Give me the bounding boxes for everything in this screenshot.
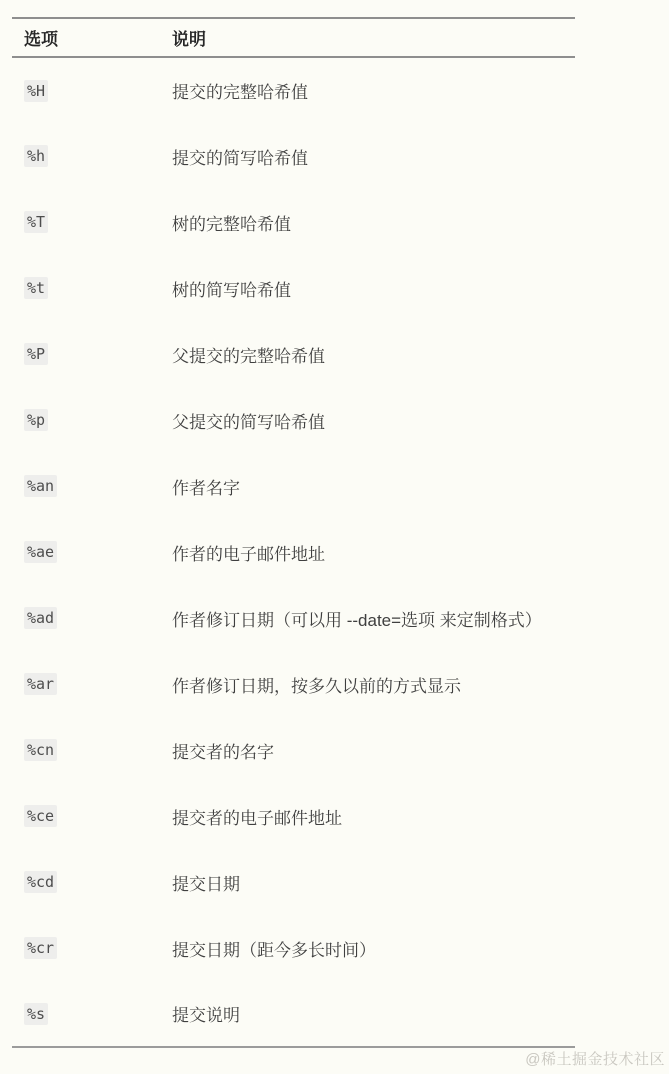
option-code: %cr [24, 937, 57, 959]
description-cell: 提交者的电子邮件地址 [172, 783, 575, 849]
description-cell: 树的简写哈希值 [172, 255, 575, 321]
option-code: %P [24, 343, 48, 365]
column-header-option: 选项 [12, 18, 172, 57]
article-content: 选项 说明 %H 提交的完整哈希值 %h 提交的简写哈希值 %T 树的完整哈希值… [0, 0, 669, 1048]
table-header: 选项 说明 [12, 18, 575, 57]
description-cell: 提交日期（距今多长时间） [172, 915, 575, 981]
option-cell: %cr [12, 915, 172, 981]
description-cell: 提交说明 [172, 981, 575, 1047]
table-row: %T 树的完整哈希值 [12, 189, 575, 255]
description-cell: 作者修订日期，按多久以前的方式显示 [172, 651, 575, 717]
description-cell: 提交者的名字 [172, 717, 575, 783]
table-row: %cn 提交者的名字 [12, 717, 575, 783]
description-cell: 提交日期 [172, 849, 575, 915]
option-code: %h [24, 145, 48, 167]
option-code: %ar [24, 673, 57, 695]
option-cell: %H [12, 57, 172, 123]
table-body: %H 提交的完整哈希值 %h 提交的简写哈希值 %T 树的完整哈希值 %t 树的… [12, 57, 575, 1047]
option-cell: %ar [12, 651, 172, 717]
option-code: %t [24, 277, 48, 299]
description-cell: 作者名字 [172, 453, 575, 519]
description-cell: 父提交的简写哈希值 [172, 387, 575, 453]
option-cell: %ad [12, 585, 172, 651]
option-cell: %cd [12, 849, 172, 915]
table-row: %ae 作者的电子邮件地址 [12, 519, 575, 585]
option-cell: %s [12, 981, 172, 1047]
option-code: %cn [24, 739, 57, 761]
option-cell: %T [12, 189, 172, 255]
table-row: %an 作者名字 [12, 453, 575, 519]
option-cell: %ae [12, 519, 172, 585]
option-code: %cd [24, 871, 57, 893]
option-cell: %an [12, 453, 172, 519]
option-cell: %t [12, 255, 172, 321]
option-cell: %P [12, 321, 172, 387]
option-code: %ad [24, 607, 57, 629]
description-cell: 树的完整哈希值 [172, 189, 575, 255]
option-cell: %cn [12, 717, 172, 783]
description-cell: 作者修订日期（可以用 --date=选项 来定制格式） [172, 585, 575, 651]
table-row: %p 父提交的简写哈希值 [12, 387, 575, 453]
table-row: %H 提交的完整哈希值 [12, 57, 575, 123]
table-row: %t 树的简写哈希值 [12, 255, 575, 321]
option-cell: %h [12, 123, 172, 189]
option-code: %s [24, 1003, 48, 1025]
table-row: %ar 作者修订日期，按多久以前的方式显示 [12, 651, 575, 717]
option-code: %H [24, 80, 48, 102]
option-code: %an [24, 475, 57, 497]
table-row: %ad 作者修订日期（可以用 --date=选项 来定制格式） [12, 585, 575, 651]
table-row: %cr 提交日期（距今多长时间） [12, 915, 575, 981]
option-code: %ae [24, 541, 57, 563]
option-cell: %ce [12, 783, 172, 849]
description-cell: 提交的简写哈希值 [172, 123, 575, 189]
description-cell: 父提交的完整哈希值 [172, 321, 575, 387]
juejin-watermark: @稀土掘金技术社区 [525, 1048, 665, 1069]
option-code: %p [24, 409, 48, 431]
table-header-row: 选项 说明 [12, 18, 575, 57]
table-row: %h 提交的简写哈希值 [12, 123, 575, 189]
option-code: %ce [24, 805, 57, 827]
table-row: %P 父提交的完整哈希值 [12, 321, 575, 387]
column-header-description: 说明 [172, 18, 575, 57]
table-row: %s 提交说明 [12, 981, 575, 1047]
option-cell: %p [12, 387, 172, 453]
git-log-format-options-table: 选项 说明 %H 提交的完整哈希值 %h 提交的简写哈希值 %T 树的完整哈希值… [12, 17, 575, 1048]
description-cell: 提交的完整哈希值 [172, 57, 575, 123]
table-row: %cd 提交日期 [12, 849, 575, 915]
option-code: %T [24, 211, 48, 233]
table-row: %ce 提交者的电子邮件地址 [12, 783, 575, 849]
description-cell: 作者的电子邮件地址 [172, 519, 575, 585]
